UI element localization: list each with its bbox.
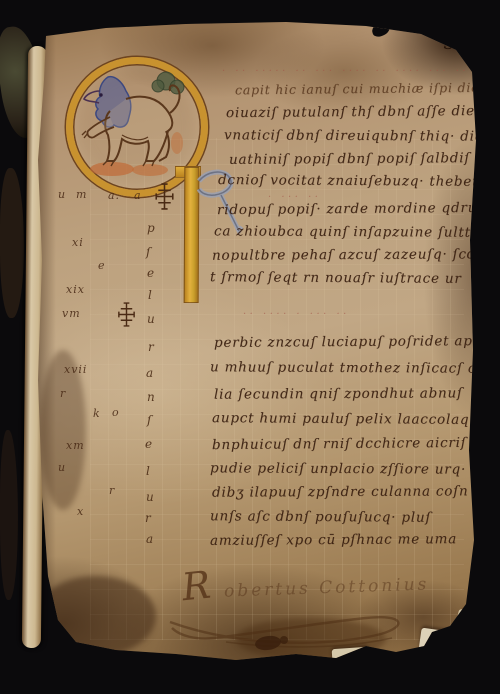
marginal-letter: u — [58, 188, 66, 201]
spine-edge-strip — [0, 168, 24, 318]
vertical-margin-letter: p — [147, 221, 155, 235]
marginal-letter: e — [98, 259, 106, 272]
signature-flourish — [166, 602, 416, 654]
marginal-letter: o — [112, 406, 120, 419]
lion-beast-icon — [74, 66, 194, 182]
text-line: uathiniſ popiſ dbnſ popiſ ſalbdiſ — [229, 150, 470, 168]
manuscript-page: 3 · · — [36, 20, 476, 662]
text-line: perbic znzcuſ luciapuſ poſridet apc — [214, 333, 481, 351]
vertical-margin-letter: u — [147, 312, 155, 326]
text-line: amziuſſeſ xpo cū pſhnac me uma — [210, 531, 457, 549]
text-line: pudie peliciſ unplacio zſſiore urq· ū — [210, 460, 481, 477]
text-line: ca zhioubca quinſ inſapzuine ſultt — [214, 223, 471, 240]
vertical-margin-letter: a — [146, 532, 153, 546]
text-line: u mhuuſ puculat tmothez inſicacſ celi — [210, 359, 495, 376]
marginal-numeral: xvii — [64, 363, 87, 376]
marginal-numeral: xi — [72, 236, 84, 249]
marginal-letter: a. — [108, 189, 120, 202]
marginal-numeral: xix — [66, 283, 85, 296]
text-line: oiuaziſ putulanſ thſ dbnſ aſſe diebʒ — [226, 103, 493, 121]
text-line: t ſrmoſ ſeqt rn nouaſr iuſtrace ur — [210, 269, 462, 287]
repair-chip-1 — [419, 628, 458, 655]
text-line: nopultbre pehaſ azcuſ zazeuſq· ſcduſ — [212, 246, 492, 263]
marginal-numeral: vm — [62, 307, 81, 320]
vertical-margin-letter: ſ — [146, 245, 150, 259]
text-line: dibʒ ilapuuſ zpſndre culanna coſn — [212, 483, 469, 500]
text-line: bnphuicuſ dnſ rniſ dcchicre aicriſ — [212, 435, 467, 453]
vertical-margin-letter: e — [145, 437, 152, 451]
manuscript-photo: { "page": { "folio_number": "3", "backdr… — [0, 0, 500, 694]
vertical-margin-letter: r — [148, 340, 154, 354]
vertical-margin-letter: a — [146, 366, 153, 380]
repair-chip-3 — [453, 609, 474, 638]
marginal-numeral: xm — [66, 439, 85, 452]
signature-name: obertus Cottonius — [224, 574, 430, 601]
folio-number: 3 — [443, 34, 456, 55]
vertical-margin-letter: l — [146, 464, 150, 478]
vertical-margin-letter: r — [145, 511, 151, 525]
text-line: lia ſecundin qniſ zpondhut abnuſ — [214, 385, 463, 402]
marginal-letter: m — [76, 188, 87, 201]
rubric-line: ·· ···· · ··· ·· — [243, 309, 350, 320]
hatched-cross-icon — [153, 182, 176, 211]
vertical-margin-letter: l — [148, 288, 152, 302]
text-line: ridopuſ popiſ· zarde mordine qdruſ — [217, 200, 483, 218]
marginal-letter: r — [60, 387, 66, 400]
spine-edge-strip-lower — [0, 430, 18, 600]
hatched-cross-icon — [116, 301, 137, 328]
marginal-letter: r — [109, 484, 115, 497]
marginal-letter: a — [134, 189, 142, 202]
text-line: aupct humi pauluſ pelix laaccolaq — [212, 410, 469, 428]
marginal-letter: k — [93, 407, 101, 420]
vertical-margin-letter: n — [147, 390, 155, 404]
text-line: unſs aſc dbnſ pouſuſucq· pluſ — [210, 508, 431, 526]
text-line: dcnioſ vocitat znaiuſebuzq· thebetha — [218, 172, 497, 190]
vertical-margin-letter: ſ — [147, 413, 151, 427]
marginal-letter: x — [77, 505, 84, 518]
rubric-line: · ·· ····· ·· ··· ···· ·· ···· ··· ·· — [222, 66, 469, 77]
text-line: vnaticiſ dbnſ direuiqubnſ thiq· diebʒ — [224, 127, 500, 144]
vertical-margin-letter: u — [146, 490, 154, 504]
stain-bottom-left — [36, 576, 156, 656]
marginal-letter: u — [58, 461, 66, 474]
text-line: capit hic ianuſ cui muchiæ iſpi die ę — [235, 80, 492, 98]
parchment-hole — [371, 21, 392, 38]
vertical-margin-letter: e — [147, 266, 154, 280]
